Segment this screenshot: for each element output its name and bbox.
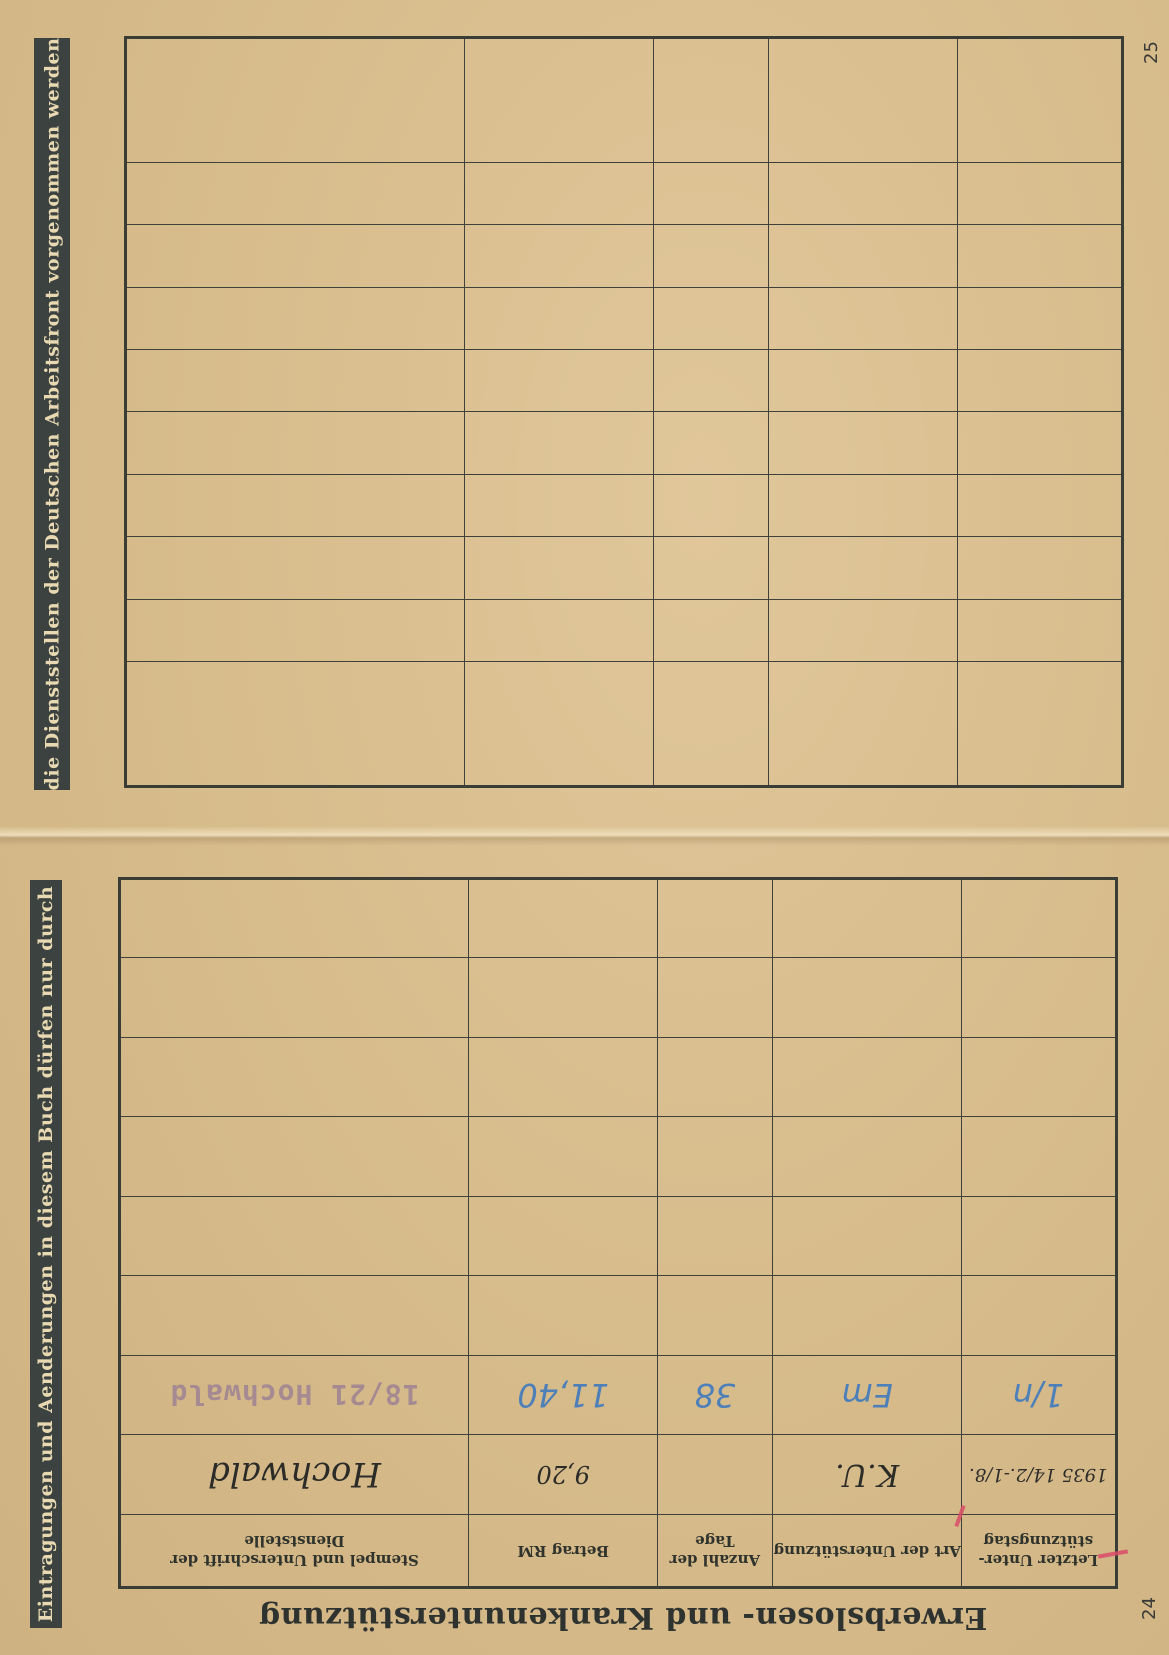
dienststelle-stamp: 18/21 Hochwald <box>121 1378 468 1411</box>
table-row <box>126 474 1123 536</box>
table-cell <box>126 599 465 661</box>
table-row <box>126 225 1123 287</box>
anzahl-tage-value: 38 <box>658 1376 772 1414</box>
table-row <box>126 599 1123 661</box>
stamp-cell: 18/21 Hochwald <box>120 1355 469 1434</box>
table-cell <box>464 537 653 599</box>
table-cell <box>773 958 962 1037</box>
table-cell <box>769 412 958 474</box>
table-cell <box>126 662 465 787</box>
table-cell <box>120 1196 469 1275</box>
table-cell <box>769 537 958 599</box>
table-row <box>120 1037 1117 1116</box>
table-cell <box>658 1037 773 1116</box>
table-cell <box>658 879 773 958</box>
table-cell <box>962 958 1117 1037</box>
column-header: Anzahl der Tage <box>658 1514 773 1587</box>
table-cell <box>654 162 769 224</box>
letzter-tag-value: 1/n <box>962 1376 1115 1414</box>
table-cell <box>962 879 1117 958</box>
table-cell <box>654 599 769 661</box>
table-cell <box>654 412 769 474</box>
table-cell <box>958 350 1123 412</box>
table-cell <box>658 1117 773 1196</box>
table-cell <box>769 162 958 224</box>
table-cell <box>654 474 769 536</box>
table-cell <box>468 1037 657 1116</box>
table-cell <box>958 474 1123 536</box>
table-cell <box>958 412 1123 474</box>
page-number-top: 25 <box>1141 41 1162 64</box>
table-cell <box>962 1276 1117 1355</box>
table-cell <box>773 1117 962 1196</box>
top-page-empty-table <box>124 36 1124 788</box>
table-header-row: Stempel und Unterschrift der Dienststell… <box>120 1514 1117 1587</box>
amount-cell: 9,20 <box>468 1435 657 1514</box>
table-cell <box>958 287 1123 349</box>
table-cell <box>468 1117 657 1196</box>
table-cell <box>769 287 958 349</box>
table-cell <box>126 38 465 163</box>
table-cell <box>773 1037 962 1116</box>
bottom-banner-text: Eintragungen und Aenderungen in diesem B… <box>35 886 57 1622</box>
bottom-page-side-banner: Eintragungen und Aenderungen in diesem B… <box>30 880 62 1628</box>
table-row <box>126 162 1123 224</box>
page-number-bottom: 24 <box>1139 1597 1160 1620</box>
table-cell <box>658 958 773 1037</box>
type-cell: Em <box>773 1355 962 1434</box>
table-cell <box>958 225 1123 287</box>
days-cell <box>658 1435 773 1514</box>
table-cell <box>769 599 958 661</box>
table-cell <box>958 537 1123 599</box>
table-cell <box>658 1196 773 1275</box>
table-cell <box>958 662 1123 787</box>
stamp-cell: Hochwald <box>120 1435 469 1514</box>
days-cell: 38 <box>658 1355 773 1434</box>
table-cell <box>120 1117 469 1196</box>
table-cell <box>468 879 657 958</box>
table-cell <box>773 1276 962 1355</box>
table-row <box>120 879 1117 958</box>
table-cell <box>464 287 653 349</box>
table-cell <box>126 287 465 349</box>
table-cell <box>654 225 769 287</box>
table-cell <box>464 599 653 661</box>
table-cell <box>464 225 653 287</box>
page-fold-crease <box>0 826 1169 846</box>
column-header: Art der Unterstützung <box>773 1514 962 1587</box>
table-cell <box>769 225 958 287</box>
table-row <box>126 412 1123 474</box>
table-cell <box>658 1276 773 1355</box>
table-row <box>120 958 1117 1037</box>
table-cell <box>464 662 653 787</box>
table-cell <box>126 474 465 536</box>
table-row <box>126 287 1123 349</box>
top-page-side-banner: die Dienststellen der Deutschen Arbeitsf… <box>34 38 70 790</box>
table-row <box>120 1196 1117 1275</box>
column-header: Stempel und Unterschrift der Dienststell… <box>120 1514 469 1587</box>
table-cell <box>769 38 958 163</box>
table-cell <box>126 162 465 224</box>
table-row: 18/21 Hochwald 11,40 38 Em 1/n <box>120 1355 1117 1434</box>
table-cell <box>769 350 958 412</box>
table-cell <box>468 1276 657 1355</box>
table-cell <box>962 1117 1117 1196</box>
table-cell <box>126 412 465 474</box>
table-cell <box>464 474 653 536</box>
betrag-value: 9,20 <box>469 1460 657 1488</box>
form-title: Erwerbslosen- und Krankenunterstützung <box>228 1600 1018 1635</box>
table-row <box>120 1276 1117 1355</box>
table-cell <box>958 599 1123 661</box>
table-cell <box>654 662 769 787</box>
column-header: Letzter Unter- stützungstag <box>962 1514 1117 1587</box>
unemployment-sickness-benefit-table: 18/21 Hochwald 11,40 38 Em 1/n Hochwald … <box>118 877 1118 1589</box>
table-cell <box>654 38 769 163</box>
table-cell <box>120 1037 469 1116</box>
table-row: Hochwald 9,20 K.U. 1935 14/2.-1/8. <box>120 1435 1117 1514</box>
table-cell <box>126 225 465 287</box>
betrag-value: 11,40 <box>469 1376 657 1414</box>
table-row <box>126 38 1123 163</box>
art-value: Em <box>773 1376 961 1414</box>
table-cell <box>962 1037 1117 1116</box>
table-cell <box>126 350 465 412</box>
table-cell <box>126 537 465 599</box>
table-cell <box>464 162 653 224</box>
table-cell <box>464 350 653 412</box>
table-row <box>126 537 1123 599</box>
table-cell <box>464 38 653 163</box>
date-cell: 1/n <box>962 1355 1117 1434</box>
table-cell <box>120 958 469 1037</box>
table-cell <box>769 662 958 787</box>
column-header: Betrag RM <box>468 1514 657 1587</box>
signature-hochwald: Hochwald <box>121 1454 468 1494</box>
table-cell <box>773 1196 962 1275</box>
table-row <box>126 662 1123 787</box>
table-cell <box>773 879 962 958</box>
table-row <box>120 1117 1117 1196</box>
letzter-tag-value: 1935 14/2.-1/8. <box>962 1464 1115 1485</box>
amount-cell: 11,40 <box>468 1355 657 1434</box>
table-cell <box>654 350 769 412</box>
table-cell <box>654 287 769 349</box>
table-cell <box>962 1196 1117 1275</box>
table-cell <box>769 474 958 536</box>
table-row <box>126 350 1123 412</box>
table-cell <box>464 412 653 474</box>
table-cell <box>468 1196 657 1275</box>
date-cell: 1935 14/2.-1/8. <box>962 1435 1117 1514</box>
table-cell <box>120 879 469 958</box>
art-value: K.U. <box>773 1457 961 1492</box>
top-banner-text: die Dienststellen der Deutschen Arbeitsf… <box>41 38 63 791</box>
table-cell <box>120 1276 469 1355</box>
table-cell <box>654 537 769 599</box>
table-cell <box>468 958 657 1037</box>
table-cell <box>958 38 1123 163</box>
type-cell: K.U. <box>773 1435 962 1514</box>
table-cell <box>958 162 1123 224</box>
